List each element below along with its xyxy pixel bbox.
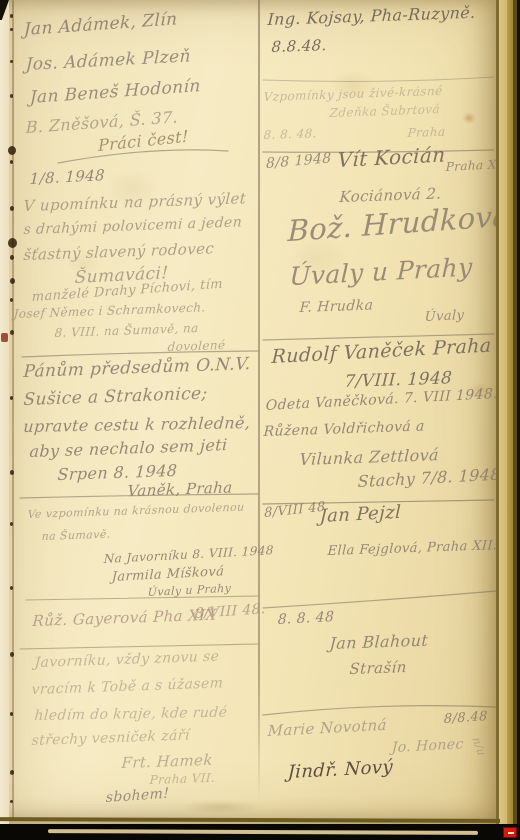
page-edge-stripe	[499, 0, 507, 828]
column-divider-line	[258, 0, 260, 800]
stitch-mark	[10, 206, 14, 211]
stitch-mark	[10, 470, 14, 475]
stitch-mark	[10, 522, 13, 526]
stitch-mark	[10, 278, 15, 284]
binding-stitch-line	[12, 0, 14, 820]
binding-margin	[0, 0, 9, 826]
stitch-mark	[10, 94, 13, 98]
red-marker-icon	[503, 827, 517, 838]
stitch-mark	[8, 146, 16, 155]
stitch-mark	[10, 298, 13, 302]
stitch-mark	[10, 652, 14, 657]
stitch-mark	[10, 60, 13, 63]
stitch-mark	[10, 28, 13, 31]
guestbook-page: Jan Adámek, ZlínJos. Adámek PlzeňJan Ben…	[0, 0, 520, 840]
stitch-mark	[10, 712, 13, 716]
stitch-mark	[10, 255, 14, 260]
stitch-mark	[10, 770, 14, 775]
stitch-mark	[10, 396, 13, 400]
stitch-mark	[10, 330, 14, 335]
stitch-mark	[10, 160, 13, 164]
stitch-mark	[10, 14, 13, 18]
stitch-mark	[10, 586, 13, 590]
red-edge-mark	[1, 333, 8, 342]
paper-sheet	[0, 0, 497, 826]
stitch-mark	[8, 238, 17, 248]
stitch-mark	[10, 800, 13, 803]
